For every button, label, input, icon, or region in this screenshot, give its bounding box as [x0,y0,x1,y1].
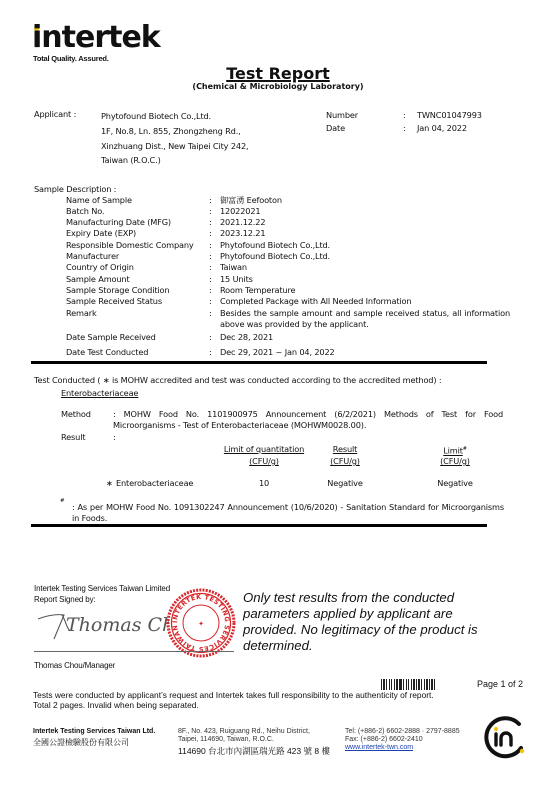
sample-field-label: Sample Storage Condition [66,285,169,296]
report-barcode [381,679,437,690]
col-header-limit: Limit# [430,444,480,457]
barcode-icon [381,679,437,690]
sample-field-label: Responsible Domestic Company [66,240,194,251]
col-header-limit-unit: (CFU/g) [430,456,480,467]
signature-icon: Thomas Chou [34,605,169,645]
applicant-address-line: Xinzhuang Dist., New Taipei City 242, [101,141,248,152]
sample-field-label: Manufacturing Date (MFG) [66,217,171,228]
sample-field-label: Sample Received Status [66,296,162,307]
intertek-badge [479,712,529,762]
sample-field-value: 12022021 [220,206,260,217]
sample-field-colon: : [209,285,212,296]
stamp-seal-icon: INTERTEK TESTING SERVICES TAIWAN LTD. ✦ [166,588,236,658]
sample-field-colon: : [209,251,212,262]
sample-field-value: Phytofound Biotech Co.,Ltd. [220,240,330,251]
report-number-colon: : [403,110,406,121]
result-row-limit: Negative [430,478,480,489]
result-row-marker: ∗ [106,478,113,489]
result-row-result: Negative [320,478,370,489]
footer-company-en: Intertek Testing Services Taiwan Ltd. [33,727,155,736]
section-divider [31,361,487,364]
sample-field-colon: : [209,347,212,358]
sample-field-value: Besides the sample amount and sample rec… [220,308,510,330]
col-header-limit-text: Limit [443,446,463,456]
sample-field-value: Phytofound Biotech Co.,Ltd. [220,251,330,262]
svg-text:✦: ✦ [198,620,204,628]
sample-description-heading: Sample Description : [34,184,116,195]
sample-field-value: Completed Package with All Needed Inform… [220,296,411,307]
result-label: Result [61,432,85,443]
sample-field-value: 2023.12.21 [220,228,265,239]
sample-field-value: Room Temperature [220,285,295,296]
sample-field-label: Remark [66,308,97,319]
sample-field-colon: : [209,332,212,343]
applicant-address-line: Taiwan (R.O.C.) [101,155,161,166]
svg-text:Thomas Chou: Thomas Chou [66,614,169,636]
page-title: Test Report [0,64,556,83]
sample-field-colon: : [209,217,212,228]
intertek-in-logo-icon [479,712,529,762]
result-colon: : [113,432,116,443]
method-label: Method [61,409,91,420]
sample-field-value: Dec 29, 2021 ~ Jan 04, 2022 [220,347,335,358]
limit-footnote-marker: # [463,446,467,452]
sample-field-value: Dec 28, 2021 [220,332,273,343]
sample-field-label: Sample Amount [66,274,130,285]
sample-field-colon: : [209,262,212,273]
disclaimer-line: Tests were conducted by applicant’s requ… [33,690,434,700]
sample-field-label: Expiry Date (EXP) [66,228,136,239]
method-value: : MOHW Food No. 1101900975 Announcement … [113,409,503,431]
signer-name: Thomas Chou/Manager [34,660,115,671]
footer-website-link[interactable]: www.intertek-twn.com [345,743,413,752]
legitimacy-notice: Only test results from the conducted par… [243,590,483,654]
col-header-result: Result [320,444,370,455]
result-row-loq: 10 [214,478,314,489]
signature-line [34,651,234,652]
sample-field-colon: : [209,240,212,251]
result-row-item: Enterobacteriaceae [116,478,193,489]
report-number-value: TWNC01047993 [417,110,482,121]
applicant-label: Applicant : [34,109,76,120]
sample-field-label: Country of Origin [66,262,134,273]
sample-field-label: Manufacturer [66,251,119,262]
col-header-loq: Limit of quantitation [214,444,314,455]
sample-field-label: Date Sample Received [66,332,156,343]
applicant-name: Phytofound Biotech Co.,Ltd. [101,111,211,122]
sample-field-value: 15 Units [220,274,253,285]
applicant-address-line: 1F, No.8, Ln. 855, Zhongzheng Rd., [101,126,241,137]
col-header-loq-unit: (CFU/g) [214,456,314,467]
test-name: Enterobacteriaceae [61,388,138,399]
sample-field-value: 御富湧 Eefooton [220,195,282,206]
footnote-marker: # [60,498,65,504]
sample-field-colon: : [209,206,212,217]
footer-address-en: Taipei, 114690, Taiwan, R.O.C. [178,735,274,744]
sample-field-label: Date Test Conducted [66,347,148,358]
sample-field-label: Batch No. [66,206,104,217]
logo-wordmark: intertek [32,20,160,55]
footer-company-zh: 全國公證檢驗股份有限公司 [33,738,129,747]
report-date-colon: : [403,123,406,134]
page-subtitle: (Chemical & Microbiology Laboratory) [0,82,556,91]
footnote-text: : As per MOHW Food No. 1091302247 Announ… [72,502,504,524]
section-divider [31,524,487,527]
page-number: Page 1 of 2 [477,679,523,689]
sample-field-value: Taiwan [220,262,247,273]
disclaimer-line: Total 2 pages. Invalid when being separa… [33,700,199,710]
col-header-result-unit: (CFU/g) [320,456,370,467]
sample-field-colon: : [209,296,212,307]
sample-field-label: Name of Sample [66,195,132,206]
signature-company: Intertek Testing Services Taiwan Limited [34,583,170,594]
signed-by-label: Report Signed by: [34,594,96,605]
sample-field-colon: : [209,308,212,319]
sample-field-value: 2021.12.22 [220,217,265,228]
report-number-label: Number [326,110,358,121]
sample-field-colon: : [209,228,212,239]
test-conducted-heading: Test Conducted ( ∗ is MOHW accredited an… [34,375,441,386]
report-date-label: Date [326,123,345,134]
sample-field-colon: : [209,195,212,206]
company-stamp: INTERTEK TESTING SERVICES TAIWAN LTD. ✦ [166,588,236,658]
report-date-value: Jan 04, 2022 [417,123,467,134]
intertek-logo: intertek Total Quality. Assured. [32,18,147,64]
handwritten-signature: Thomas Chou [34,605,169,645]
logo-tagline: Total Quality. Assured. [33,54,109,63]
sample-field-colon: : [209,274,212,285]
footer-address-zh: 114690 台北市內湖區瑞光路 423 號 8 樓 [178,745,330,757]
